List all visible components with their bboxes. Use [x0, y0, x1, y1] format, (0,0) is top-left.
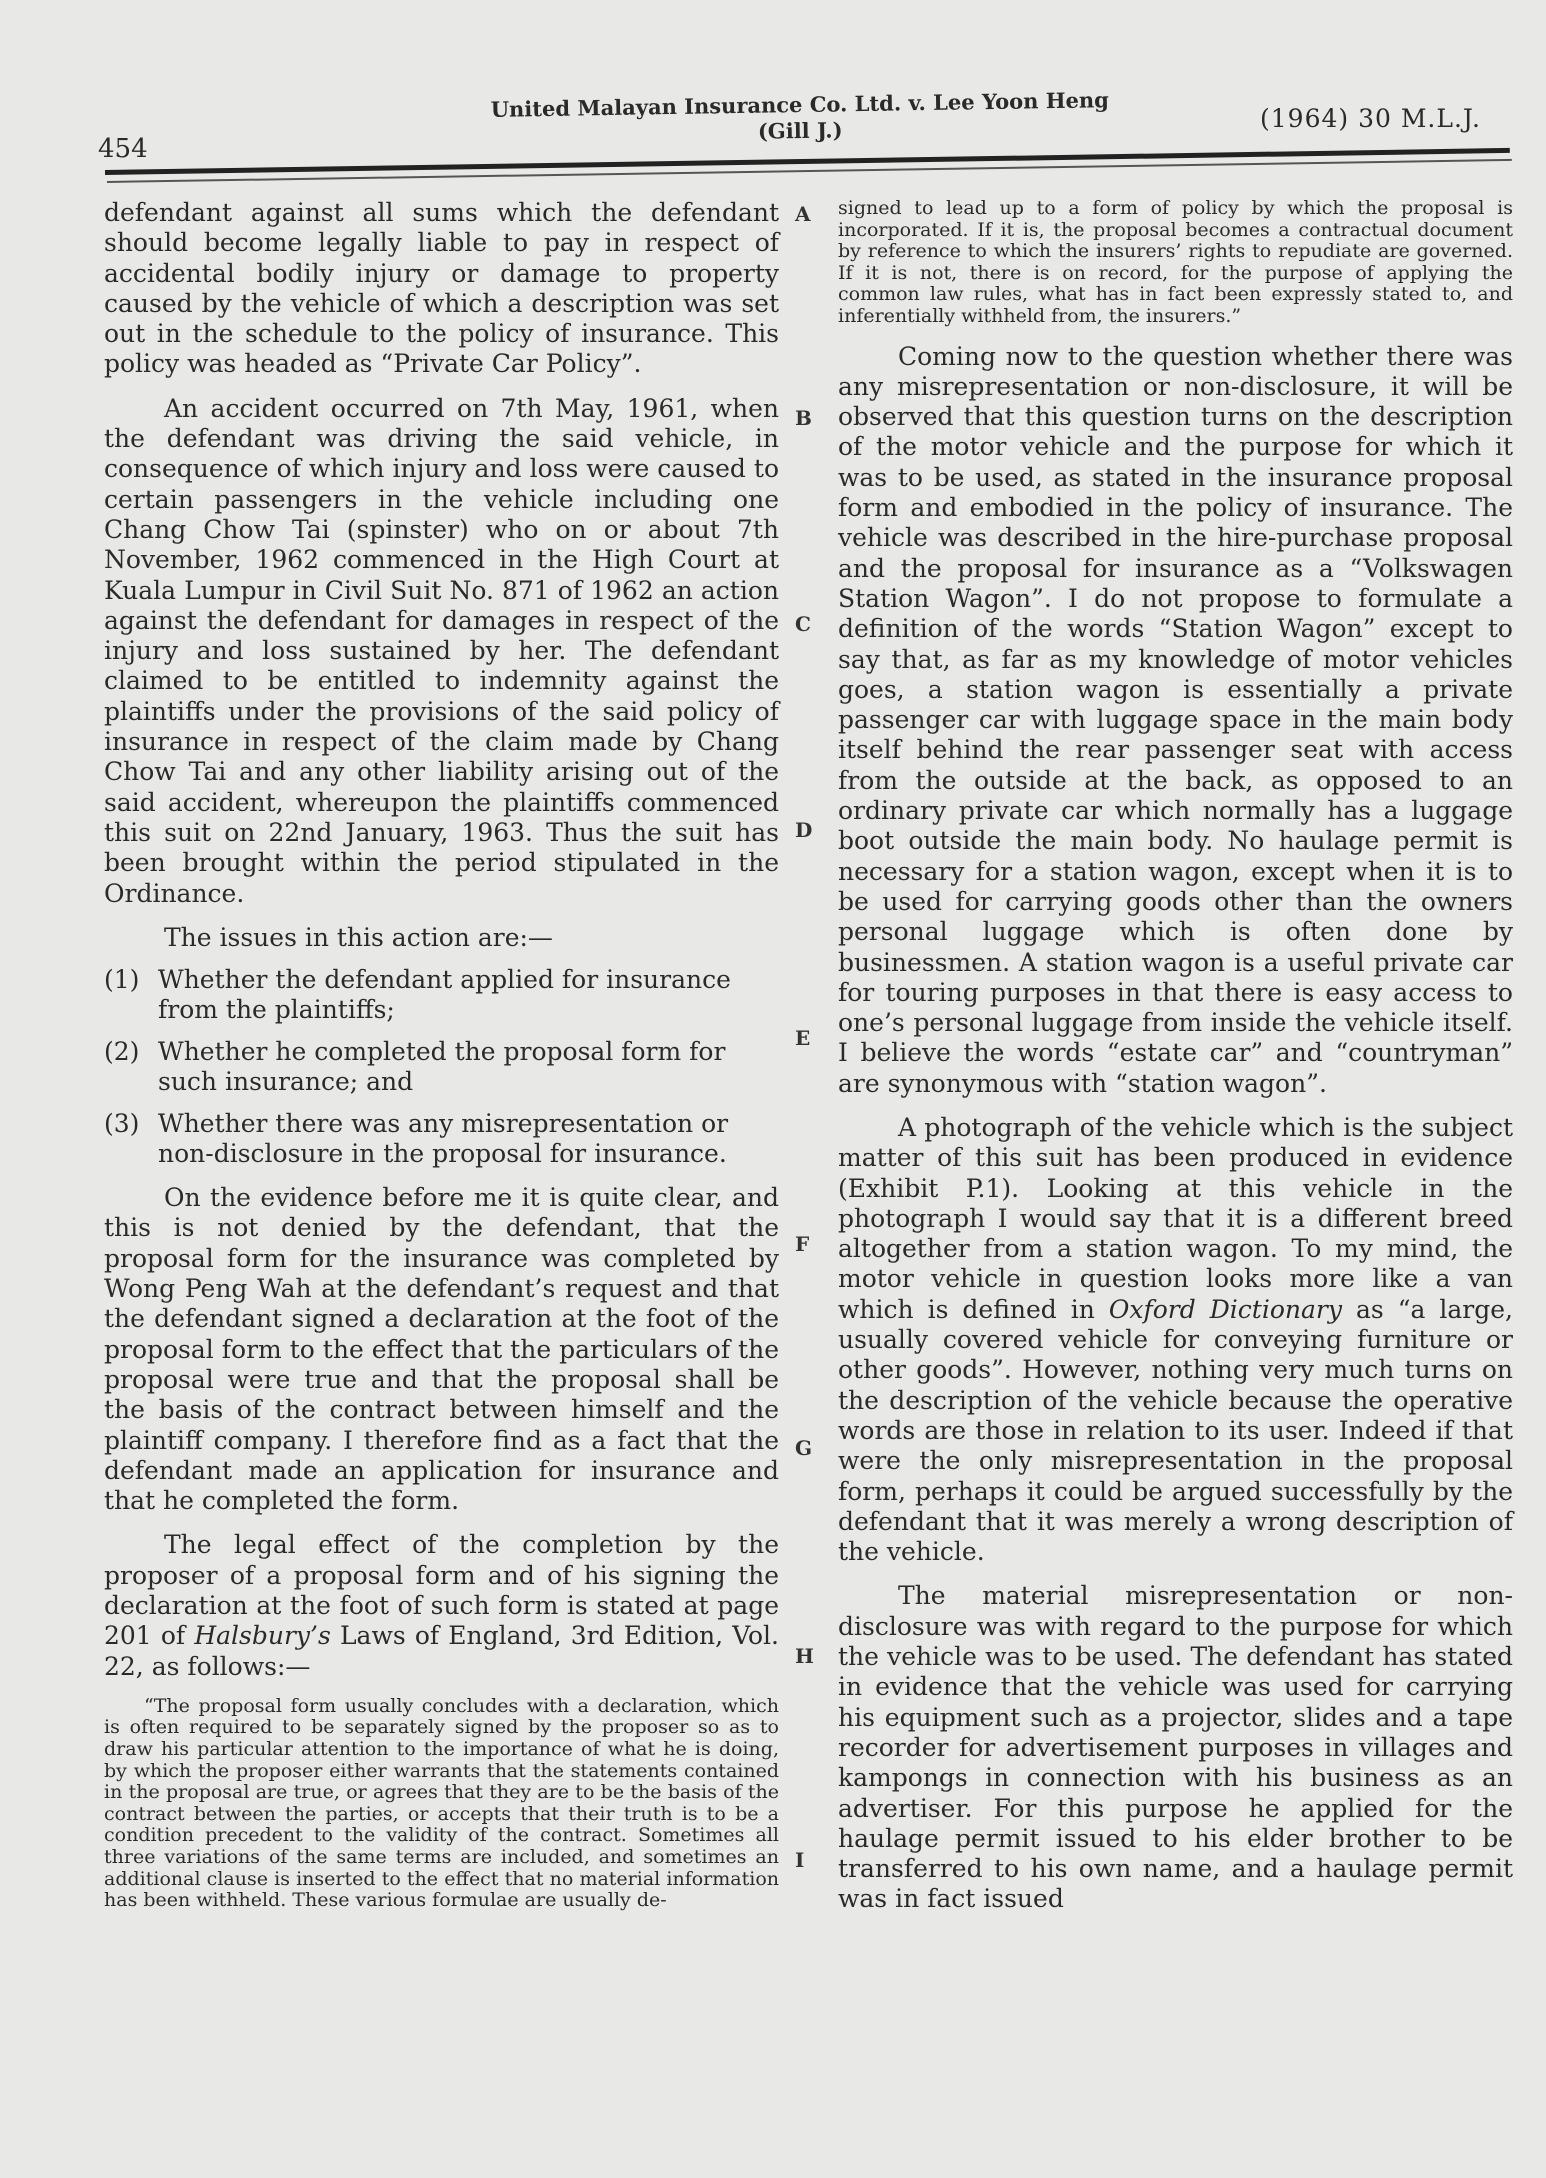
issue-number: (3) [104, 1109, 158, 1169]
margin-letter-i: I [795, 1848, 804, 1872]
text-run: as “a large, usually covered vehicle for… [838, 1295, 1513, 1566]
paragraph-policy-coverage: defendant against all sums which the def… [104, 198, 779, 380]
paragraph-material-misrepresentation: The material misrepresentation or non-di… [838, 1581, 1513, 1914]
margin-letter-h: H [795, 1644, 814, 1668]
issue-text: Whether he completed the proposal form f… [158, 1037, 779, 1097]
halsbury-title: Halsbury’s [194, 1621, 331, 1650]
margin-letter-a: A [795, 202, 811, 226]
case-title: United Malayan Insurance Co. Ltd. v. Lee… [480, 87, 1121, 149]
left-column: defendant against all sums which the def… [104, 198, 779, 1912]
issue-text: Whether the defendant applied for insura… [158, 965, 779, 1025]
margin-letter-d: D [795, 818, 812, 842]
margin-letter-f: F [795, 1232, 809, 1256]
issue-number: (1) [104, 965, 158, 1025]
paragraph-misrepresentation-question: Coming now to the question whether there… [838, 342, 1513, 1099]
page-number: 454 [98, 134, 148, 164]
margin-letter-e: E [795, 1026, 810, 1050]
right-column: signed to lead up to a form of policy by… [838, 198, 1513, 1915]
issue-item: (1) Whether the defendant applied for in… [104, 965, 779, 1025]
issue-item: (3) Whether there was any misrepresentat… [104, 1109, 779, 1169]
issues-list: (1) Whether the defendant applied for in… [104, 965, 779, 1169]
paragraph-legal-effect: The legal effect of the completion by th… [104, 1530, 779, 1681]
paragraph-photograph: A photograph of the vehicle which is the… [838, 1113, 1513, 1567]
issues-intro: The issues in this action are:— [104, 923, 779, 953]
issue-text: Whether there was any misrepresentation … [158, 1109, 779, 1169]
paragraph-evidence: On the evidence before me it is quite cl… [104, 1183, 779, 1516]
margin-letter-c: C [795, 612, 811, 636]
paragraph-accident: An accident occurred on 7th May, 1961, w… [104, 394, 779, 909]
halsbury-quotation: “The proposal form usually concludes wit… [104, 1696, 779, 1912]
text-run: A photograph of the vehicle which is the… [838, 1113, 1513, 1324]
oxford-dictionary-title: Oxford Dictionary [1109, 1295, 1342, 1324]
issue-number: (2) [104, 1037, 158, 1097]
issue-item: (2) Whether he completed the proposal fo… [104, 1037, 779, 1097]
page-header: 454 United Malayan Insurance Co. Ltd. v.… [0, 0, 1546, 190]
margin-letter-b: B [795, 406, 812, 430]
margin-letter-g: G [795, 1436, 812, 1460]
law-report-citation: (1964) 30 M.L.J. [1260, 104, 1481, 133]
halsbury-quotation-continued: signed to lead up to a form of policy by… [838, 198, 1513, 328]
